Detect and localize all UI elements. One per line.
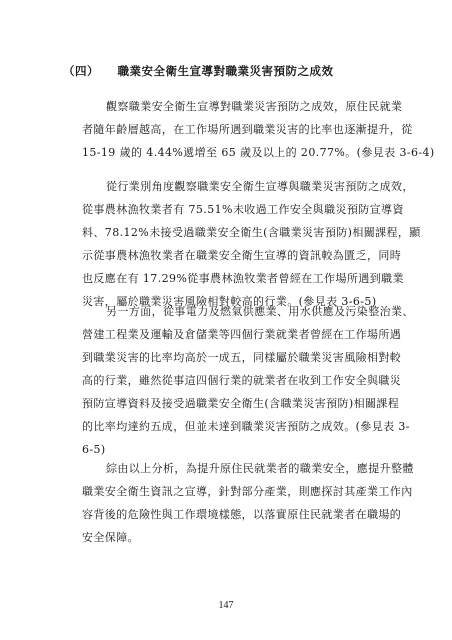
text-line: 綜由以上分析，為提升原住民就業者的職業安全，應提升整體 [82, 457, 370, 480]
text-line: 也反應在有 17.29%從事農林漁牧業者曾經在工作場所遇到職業 [82, 267, 370, 290]
text-line: 15-19 歲的 4.44%遞增至 65 歲及以上的 20.77%。(參見表 3… [82, 141, 370, 164]
text-line: 預防宣導資料及接受過職業安全衛生(含職業災害預防)相關課程 [82, 392, 370, 415]
text-line: 的比率均達約五成，但並未達到職業災害預防之成效。(參見表 3- [82, 415, 370, 438]
paragraph-conclusion: 綜由以上分析，為提升原住民就業者的職業安全，應提升整體 職業安全衛生資訊之宣導，… [82, 457, 370, 549]
text-line: 安全保障。 [82, 526, 370, 549]
text-line: 高的行業，雖然從事這四個行業的就業者在收到工作安全與職災 [82, 369, 370, 392]
text-line: 示從事農林漁牧業者在職業安全衛生宣導的資訊較為匱乏，同時 [82, 244, 370, 267]
paragraph-four-industries: 另一方面，從事電力及燃氣供應業、用水供應及污染整治業、 營建工程業及運輸及倉儲業… [82, 300, 370, 461]
text-line: 職業安全衛生資訊之宣導，針對部分產業，則應探討其產業工作內 [82, 480, 370, 503]
text-line: 從事農林漁牧業者有 75.51%未收過工作安全與職災預防宣導資 [82, 198, 370, 221]
page-number: 147 [0, 600, 452, 611]
paragraph-age-trend: 觀察職業安全衛生宣導對職業災害預防之成效，原住民就業 者隨年齡層越高，在工作場所… [82, 95, 370, 164]
text-line: 觀察職業安全衛生宣導對職業災害預防之成效，原住民就業 [82, 95, 370, 118]
text-line: 另一方面，從事電力及燃氣供應業、用水供應及污染整治業、 [82, 300, 370, 323]
text-line: 到職業災害的比率均高於一成五，同樣屬於職業災害風險相對較 [82, 346, 370, 369]
text-line: 者隨年齡層越高，在工作場所遇到職業災害的比率也逐漸提升，從 [82, 118, 370, 141]
text-line: 營建工程業及運輸及倉儲業等四個行業就業者曾經在工作場所遇 [82, 323, 370, 346]
text-line: 從行業別角度觀察職業安全衛生宣導與職業災害預防之成效， [82, 175, 370, 198]
section-title: 職業安全衛生宣導對職業災害預防之成效 [118, 64, 334, 78]
section-number: （四） [63, 64, 99, 78]
text-line: 容背後的危險性與工作環境樣態，以落實原住民就業者在職場的 [82, 503, 370, 526]
section-heading: （四） 職業安全衛生宣導對職業災害預防之成效 [63, 63, 334, 79]
text-line: 料、78.12%未接受過職業安全衛生(含職業災害預防)相關課程，顯 [82, 221, 370, 244]
paragraph-agriculture: 從行業別角度觀察職業安全衛生宣導與職業災害預防之成效， 從事農林漁牧業者有 75… [82, 175, 370, 313]
